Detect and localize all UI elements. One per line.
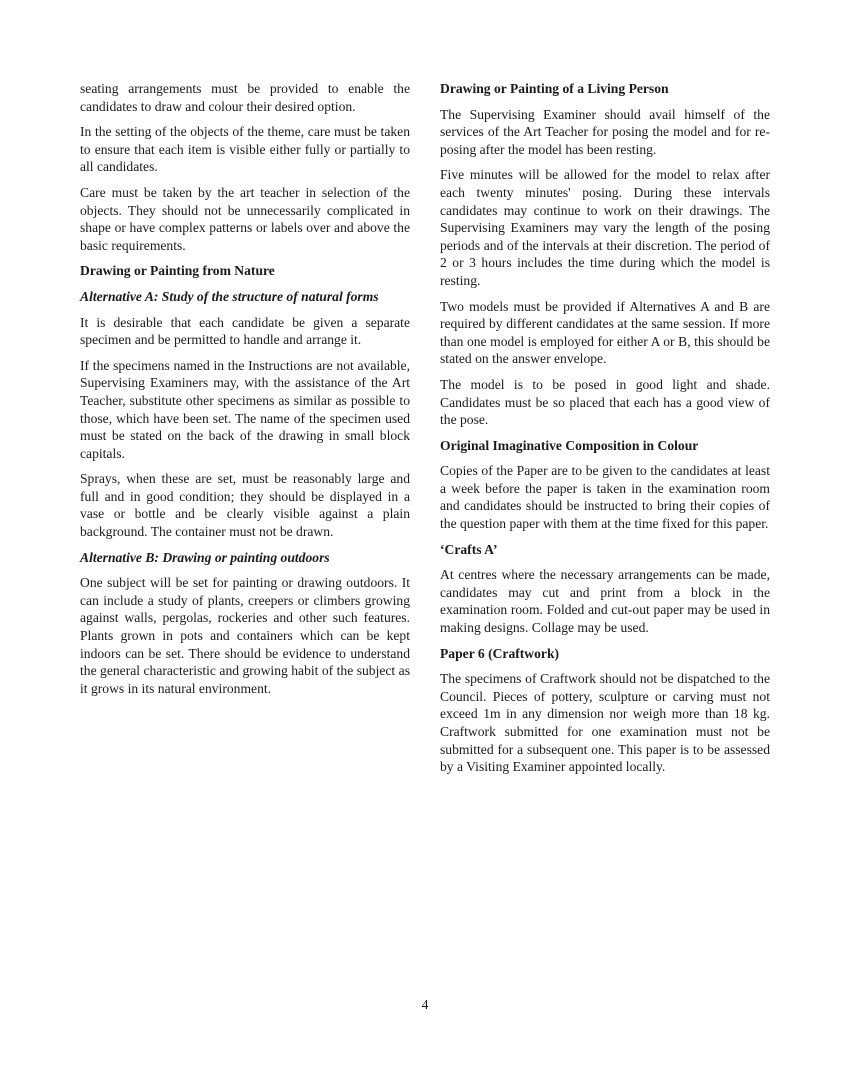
paragraph-centres: At centres where the necessary arrangeme… (440, 566, 770, 636)
heading-living-person: Drawing or Painting of a Living Person (440, 80, 770, 98)
heading-drawing-from-nature: Drawing or Painting from Nature (80, 262, 410, 280)
paragraph-sprays: Sprays, when these are set, must be reas… (80, 470, 410, 540)
paragraph-craftwork-specimens: The specimens of Craftwork should not be… (440, 670, 770, 776)
paragraph-five-minutes: Five minutes will be allowed for the mod… (440, 166, 770, 289)
paragraph-outdoors-subject: One subject will be set for painting or … (80, 574, 410, 697)
right-column: Drawing or Painting of a Living Person T… (440, 80, 770, 784)
page-number: 4 (0, 997, 850, 1013)
paragraph-seating: seating arrangements must be provided to… (80, 80, 410, 115)
subheading-alternative-a: Alternative A: Study of the structure of… (80, 288, 410, 306)
heading-crafts-a: ‘Crafts A’ (440, 541, 770, 559)
paragraph-selection-objects: Care must be taken by the art teacher in… (80, 184, 410, 254)
paragraph-supervising-examiner: The Supervising Examiner should avail hi… (440, 106, 770, 159)
paragraph-separate-specimen: It is desirable that each candidate be g… (80, 314, 410, 349)
paragraph-model-posed: The model is to be posed in good light a… (440, 376, 770, 429)
left-column: seating arrangements must be provided to… (80, 80, 410, 705)
heading-imaginative-composition: Original Imaginative Composition in Colo… (440, 437, 770, 455)
paragraph-substitute-specimens: If the specimens named in the Instructio… (80, 357, 410, 463)
paragraph-setting-objects: In the setting of the objects of the the… (80, 123, 410, 176)
subheading-alternative-b: Alternative B: Drawing or painting outdo… (80, 549, 410, 567)
paragraph-copies-of-paper: Copies of the Paper are to be given to t… (440, 462, 770, 532)
heading-paper-6: Paper 6 (Craftwork) (440, 645, 770, 663)
paragraph-two-models: Two models must be provided if Alternati… (440, 298, 770, 368)
